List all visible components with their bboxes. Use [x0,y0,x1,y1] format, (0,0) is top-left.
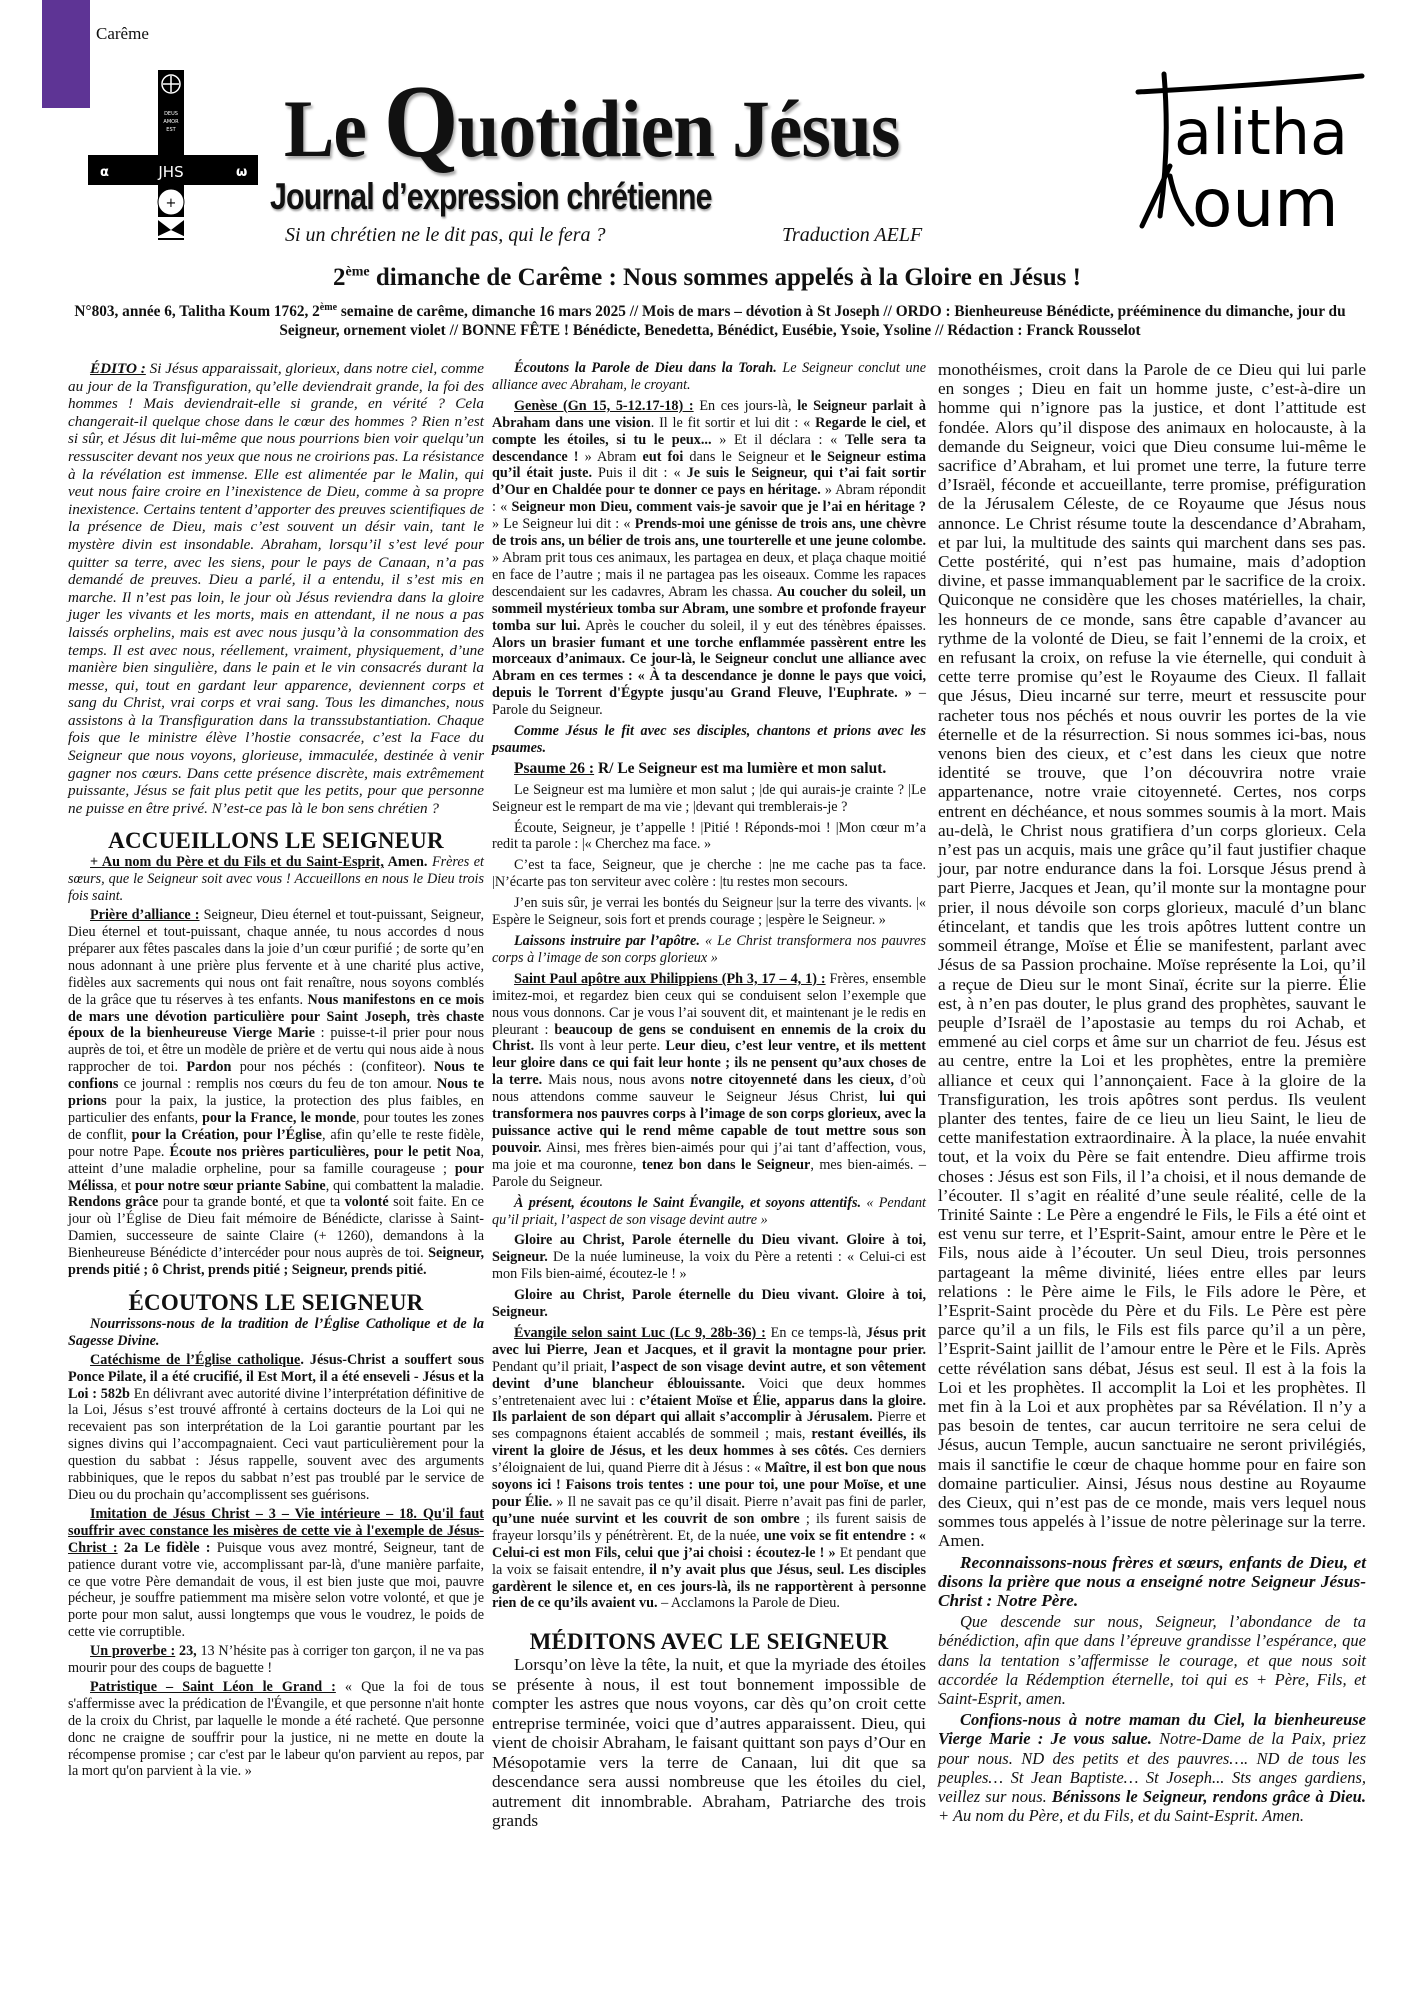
reading-segment: dans le Seigneur et [683,449,810,465]
gospel-acclamation-2: Gloire au Christ, Parole éternelle du Di… [492,1287,926,1321]
reading-segment: – Acclamons la Parole de Dieu. [658,1595,840,1611]
reading-segment: Alors un brasier fumant et une torche en… [492,635,926,702]
luke-gospel-reading: Évangile selon saint Luc (Lc 9, 28b-36) … [492,1325,926,1612]
psalm-stanza: C’est ta face, Seigneur, que je cherche … [492,857,926,891]
translation-credit: Traduction AELF [782,224,922,247]
psalm-stanza: Écoute, Seigneur, je t’appelle ! |Pitié … [492,820,926,854]
column-1: ÉDITO : Si Jésus apparaissait, glorieux,… [68,360,484,1782]
section-heading-accueillons: ACCUEILLONS LE SEIGNEUR [68,833,484,850]
imitation-paragraph: Imitation de Jésus Christ – 3 – Vie inté… [68,1506,484,1641]
torah-intro: Écoutons la Parole de Dieu dans la Torah… [492,360,926,394]
gospel-acclamation: Gloire au Christ, Parole éternelle du Di… [492,1232,926,1283]
edito-label: ÉDITO : [90,360,146,377]
reading-segment: Seigneur mon Dieu, comment vais-je savoi… [512,499,926,515]
patristic-paragraph: Patristique – Saint Léon le Grand : « Qu… [68,1679,484,1780]
issue-metadata: N°803, année 6, Talitha Koum 1762, 2ème … [60,298,1360,340]
reading-segment: Puis il dit : « [592,465,687,481]
gospel-intro: À présent, écoutons le Saint Évangile, e… [492,1195,926,1229]
reading-segment: qu’une nuée survint et les couvrit de so… [492,1511,800,1527]
reading-segment: » Il ne savait pas ce qu’il disait. Pier… [552,1494,926,1510]
psalm-stanza: J’en suis sûr, je verrai les bontés du S… [492,895,926,929]
blessing-prayer: Que descende sur nous, Seigneur, l’abond… [938,1612,1366,1708]
reading-segment: Après le coucher du soleil, il y eut des… [580,618,926,634]
proverb-paragraph: Un proverbe : 23, 13 N’hésite pas à corr… [68,1643,484,1677]
svg-text:JHS: JHS [157,163,183,181]
our-father-intro: Reconnaissons-nous frères et sœurs, enfa… [938,1553,1366,1611]
lent-color-tab [42,0,90,108]
svg-text:DEUS: DEUS [164,111,178,117]
column-2: Écoutons la Parole de Dieu dans la Torah… [492,360,926,1835]
season-label: Carême [96,24,149,44]
reading-segment: tenez bon dans le Seigneur [642,1157,810,1173]
svg-text:oum: oum [1192,165,1339,242]
jhs-cross-logo-icon: DEUS AMOR EST α JHS ω + [88,70,258,240]
issue-headline: 2ème dimanche de Carême : Nous sommes ap… [0,264,1414,292]
reading-segment: » Le Seigneur lui dit : « [492,516,635,532]
section-heading-meditons: MÉDITONS AVEC LE SEIGNEUR [492,1634,926,1651]
svg-text:alitha: alitha [1174,96,1348,169]
reading-segment: Pendant qu’il priait, [492,1359,612,1375]
newspaper-title: Le Quotidien Jésus [284,70,899,174]
catechism-paragraph: Catéchisme de l’Église catholique. Jésus… [68,1352,484,1504]
reading-segment: eut foi [643,449,684,465]
reading-segment: » Et il déclara : « [712,432,845,448]
philippians-reading: Saint Paul apôtre aux Philippiens (Ph 3,… [492,971,926,1191]
reading-segment: En ce temps-là, [766,1325,866,1341]
meditation-paragraph-start: Lorsqu’on lève la tête, la nuit, et que … [492,1655,926,1831]
reading-segment: Ils vont à leur perte. [534,1038,665,1054]
motto: Si un chrétien ne le dit pas, qui le fer… [285,224,606,247]
edito-paragraph: ÉDITO : Si Jésus apparaissait, glorieux,… [68,360,484,817]
reading-segment: En ces jours-là, [694,398,798,414]
section-heading-ecoutons: ÉCOUTONS LE SEIGNEUR [68,1295,484,1312]
reading-segment: Mais nous, nous avons [542,1072,690,1088]
svg-text:AMOR: AMOR [163,119,179,125]
svg-text:EST: EST [166,127,176,133]
covenant-prayer-paragraph: Prière d’alliance : Seigneur, Dieu étern… [68,907,484,1279]
reading-segment: . Il le fit sortir et lui dit : « [651,415,815,431]
svg-text:ω: ω [236,165,247,180]
meditation-paragraph-continued: monothéismes, croit dans la Parole de ce… [938,360,1366,1551]
talitha-koum-logo-icon: alitha oum [1130,66,1370,246]
psalm-intro: Comme Jésus le fit avec ses disciples, c… [492,723,926,757]
psalm-stanza: Le Seigneur est ma lumière et mon salut … [492,782,926,816]
reading-segment: notre citoyenneté dans les cieux, [690,1072,894,1088]
svg-text:+: + [166,196,177,211]
svg-text:α: α [100,165,109,180]
tradition-intro: Nourrissons-nous de la tradition de l’Ég… [68,1316,484,1350]
apostle-intro: Laissons instruire par l’apôtre. « Le Ch… [492,933,926,967]
newspaper-subtitle: Journal d’expression chrétienne [270,176,712,218]
sign-of-cross-paragraph: + Au nom du Père et du Fils et du Saint-… [68,854,484,905]
genesis-reading: Genèse (Gn 15, 5-12.17-18) : En ces jour… [492,398,926,719]
column-3: monothéismes, croit dans la Parole de ce… [938,360,1366,1827]
reading-segment: » Abram [579,449,643,465]
psalm-heading: Psaume 26 : R/ Le Seigneur est ma lumièr… [492,761,926,778]
marian-prayer: Confions-nous à notre maman du Ciel, la … [938,1710,1366,1825]
